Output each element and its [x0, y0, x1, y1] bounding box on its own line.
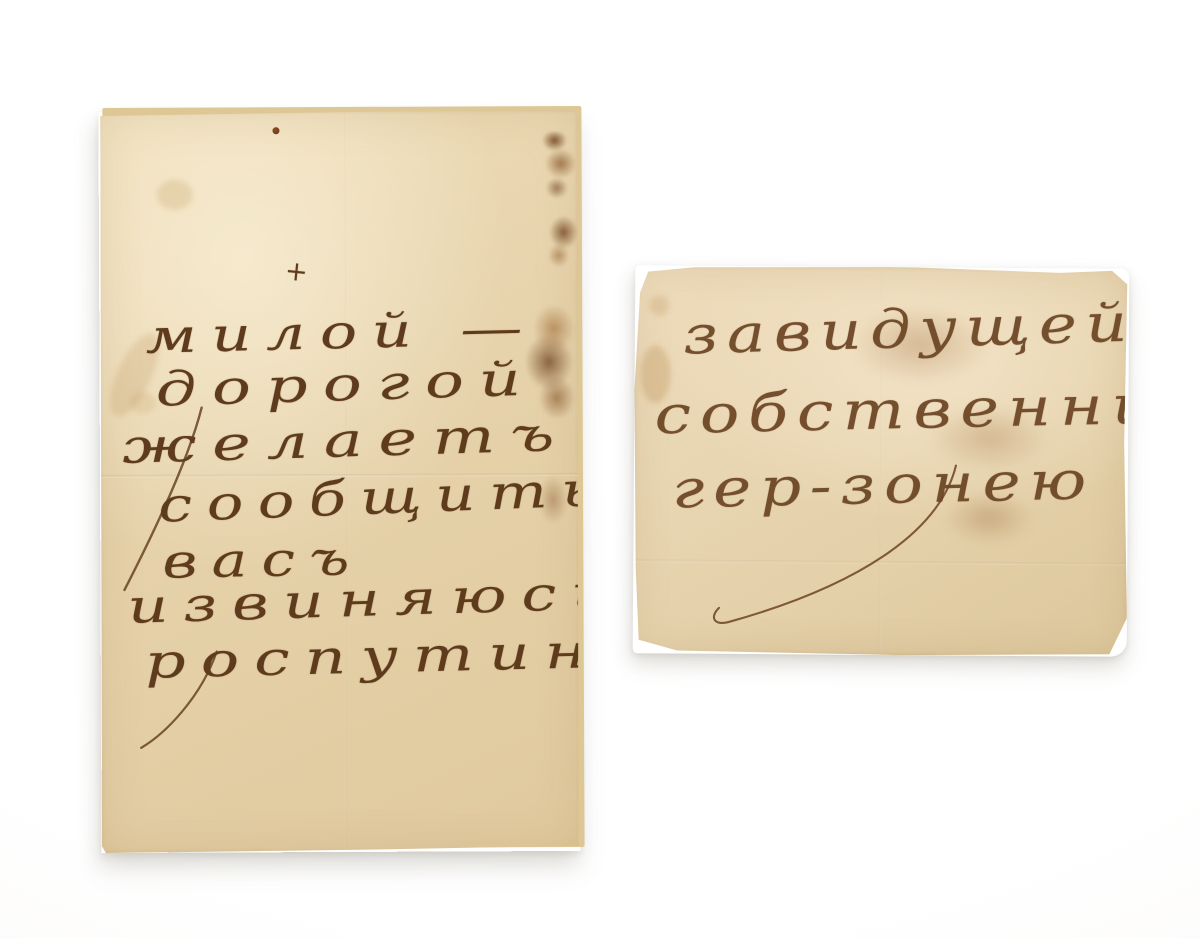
- photograph-backdrop: + милой — дорогой желаетъ сообщить васъ …: [0, 0, 1200, 938]
- ink-dot: [272, 127, 279, 134]
- right-note-paper: завидущей собственницу гер-зонею: [633, 265, 1130, 656]
- ink-smudge: [545, 212, 579, 270]
- paper-stain: [130, 392, 156, 414]
- paper-stain: [649, 295, 669, 315]
- handwritten-line: дорогой: [154, 356, 537, 414]
- ink-smudge: [536, 132, 576, 202]
- handwritten-line: извиняюсь: [126, 569, 580, 631]
- handwritten-line: желаетъ: [121, 411, 571, 471]
- left-note: + милой — дорогой желаетъ сообщить васъ …: [98, 110, 580, 853]
- handwritten-cross-mark: +: [284, 257, 309, 286]
- handwritten-line: собственницу: [653, 377, 1129, 443]
- handwritten-line: гер-зонею: [671, 454, 1096, 516]
- paper-stain: [157, 180, 193, 210]
- right-note: завидущей собственницу гер-зонею: [633, 265, 1130, 656]
- handwritten-signature-line: роспутинъ: [144, 627, 581, 686]
- handwritten-line: завидущей: [682, 297, 1130, 363]
- handwritten-line: сообщить: [157, 466, 581, 530]
- horizontal-fold-crease: [633, 559, 1127, 565]
- left-note-paper: + милой — дорогой желаетъ сообщить васъ …: [98, 110, 580, 853]
